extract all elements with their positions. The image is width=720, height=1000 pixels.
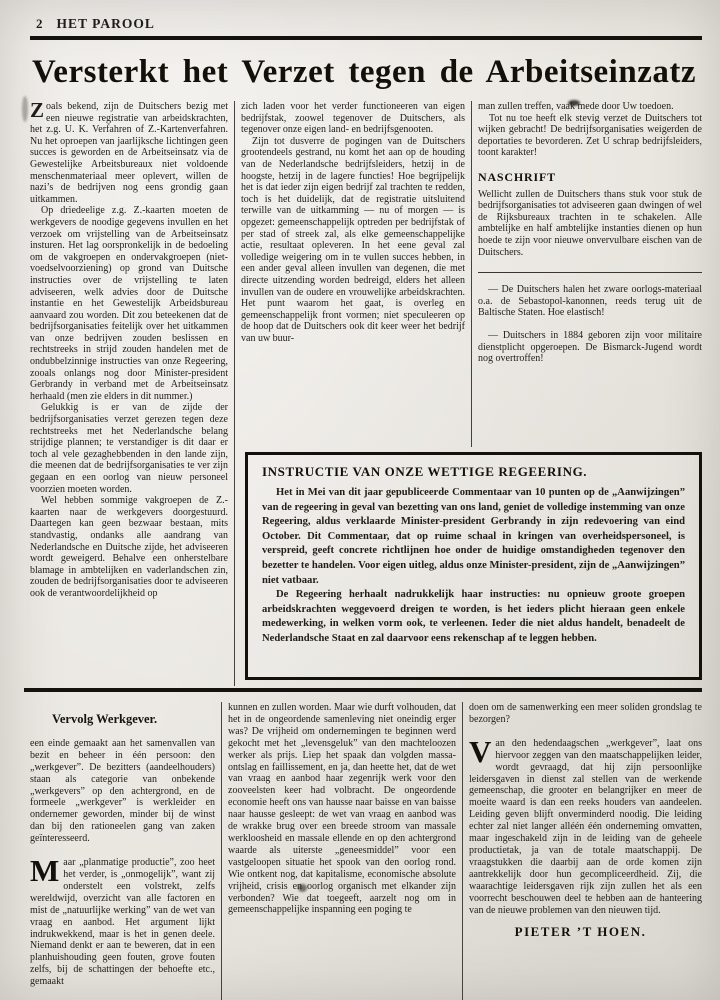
drop-cap-letter: V: [469, 738, 495, 764]
author-signature: PIETER ’T HOEN.: [469, 926, 692, 938]
paragraph-text: an den hedendaagschen „werkgever”, laat …: [469, 738, 702, 916]
column-divider: [234, 101, 235, 686]
paragraph: kunnen en zullen worden. Maar wie durft …: [228, 702, 456, 916]
bottom-column-2: kunnen en zullen worden. Maar wie durft …: [228, 702, 456, 1000]
paragraph: Wellicht zullen de Duitschers thans stuk…: [478, 189, 702, 259]
item-separator-rule: [478, 272, 702, 273]
ink-smudge: [298, 884, 307, 892]
naschrift-heading: NASCHRIFT: [478, 172, 702, 184]
news-item: — Duitschers in 1884 geboren zijn voor m…: [478, 330, 702, 365]
masthead-title: HET PAROOL: [57, 16, 155, 32]
page-number: 2: [36, 16, 43, 32]
column-divider: [462, 702, 463, 1000]
paragraph: een einde gemaakt aan het samenvallen va…: [30, 738, 215, 845]
paragraph: De Regeering herhaalt nadrukkelijk haar …: [262, 588, 685, 646]
article-headline: Versterkt het Verzet tegen de Arbeitsein…: [32, 54, 696, 91]
top-columns-2-3: zich laden voor het verder functioneeren…: [241, 101, 702, 447]
paragraph: man zullen treffen, vaak mede door Uw to…: [478, 101, 702, 113]
top-right-wrapper: zich laden voor het verder functioneeren…: [241, 101, 702, 686]
ink-smudge: [568, 100, 580, 106]
newspaper-page: 2 HET PAROOL Versterkt het Verzet tegen …: [0, 0, 720, 1000]
paragraph: Tot nu toe heeft elk stevig verzet de Du…: [478, 113, 702, 159]
page-header: 2 HET PAROOL: [30, 16, 702, 32]
ink-smudge: [22, 96, 28, 122]
section-divider-rule: [24, 688, 702, 692]
paragraph: Gelukkig is er van de zijde der bedrijfs…: [30, 402, 228, 495]
top-article-section: Zoals bekend, zijn de Duitschers bezig m…: [30, 101, 702, 686]
paragraph: Op driedeelige z.g. Z.-kaarten moeten de…: [30, 205, 228, 402]
paragraph: zich laden voor het verder functioneeren…: [241, 101, 465, 136]
bottom-column-3: doen om de samenwerking een meer soliden…: [469, 702, 702, 1000]
paragraph-text: oals bekend, zijn de Duitschers bezig me…: [30, 101, 228, 205]
continuation-heading: Vervolg Werkgever.: [52, 714, 215, 726]
paragraph: doen om de samenwerking een meer soliden…: [469, 702, 702, 726]
instruction-box: INSTRUCTIE VAN ONZE WETTIGE REGEERING. H…: [245, 452, 702, 680]
initial-letter: Z: [30, 101, 46, 119]
top-column-3: man zullen treffen, vaak mede door Uw to…: [478, 101, 702, 447]
instruction-box-heading: INSTRUCTIE VAN ONZE WETTIGE REGEERING.: [262, 464, 685, 480]
paragraph: Zoals bekend, zijn de Duitschers bezig m…: [30, 101, 228, 205]
bottom-article-section: Vervolg Werkgever. een einde gemaakt aan…: [30, 698, 702, 1000]
news-item: — De Duitschers halen het zware oorlogs-…: [478, 284, 702, 319]
column-divider: [471, 101, 472, 447]
top-column-2: zich laden voor het verder functioneeren…: [241, 101, 465, 447]
paragraph: Van den hedendaagschen „werkgever”, laat…: [469, 738, 702, 917]
paragraph: Het in Mei van dit jaar gepubliceerde Co…: [262, 486, 685, 588]
drop-cap-letter: M: [30, 857, 63, 883]
paragraph: Wel hebben sommige vakgroepen de Z.-kaar…: [30, 495, 228, 599]
column-divider: [221, 702, 222, 1000]
header-rule: [30, 36, 702, 40]
paragraph: Zijn tot dusverre de pogingen van de Dui…: [241, 136, 465, 345]
top-column-1: Zoals bekend, zijn de Duitschers bezig m…: [30, 101, 228, 686]
bottom-column-1: Vervolg Werkgever. een einde gemaakt aan…: [30, 702, 215, 1000]
paragraph: Maar „planmatige productie”, zoo heet he…: [30, 857, 215, 988]
